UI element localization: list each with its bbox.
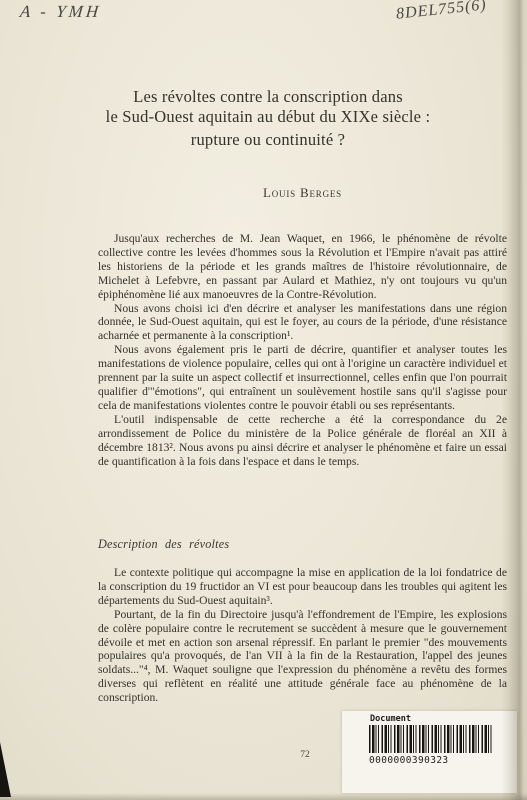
page-edge-shadow-bottom — [0, 793, 527, 800]
paragraph: Nous avons choisi ici d'en décrire et an… — [98, 302, 507, 344]
title-line-1: Les révoltes contre la conscription dans — [38, 87, 498, 107]
paragraph: L'outil indispensable de cette recherche… — [98, 413, 507, 469]
barcode-sticker: Document 0000000390323 — [342, 711, 517, 793]
title-line-3: rupture ou continuité ? — [38, 130, 498, 150]
scanned-document-page: A - YMH 8DEL755(6) Les révoltes contre l… — [0, 0, 527, 800]
author-byline: Louis Berges — [98, 185, 507, 201]
paragraph: Jusqu'aux recherches de M. Jean Waquet, … — [98, 232, 507, 302]
title-line-2: le Sud-Ouest aquitain au début du XIXe s… — [38, 107, 498, 127]
page-number: 72 — [290, 750, 320, 760]
section-heading: Description des révoltes — [98, 537, 229, 552]
corner-fold-shadow — [0, 742, 11, 797]
barcode-number: 0000000390323 — [369, 755, 517, 766]
page-edge-shadow-right — [501, 0, 527, 800]
intro-text-block: Jusqu'aux recherches de M. Jean Waquet, … — [98, 232, 507, 468]
handwritten-note-top-left: A - YMH — [19, 2, 102, 22]
handwritten-shelfmark-top-right: 8DEL755(6) — [395, 0, 487, 24]
barcode-caption: Document — [370, 714, 517, 724]
paragraph: Pourtant, de la fin du Directoire jusqu'… — [98, 608, 507, 705]
paragraph: Le contexte politique qui accompagne la … — [98, 566, 507, 608]
paragraph: Nous avons également pris le parti de dé… — [98, 343, 507, 413]
article-title: Les révoltes contre la conscription dans… — [38, 87, 498, 150]
barcode-icon — [369, 725, 494, 753]
section-text-block: Le contexte politique qui accompagne la … — [98, 566, 507, 705]
